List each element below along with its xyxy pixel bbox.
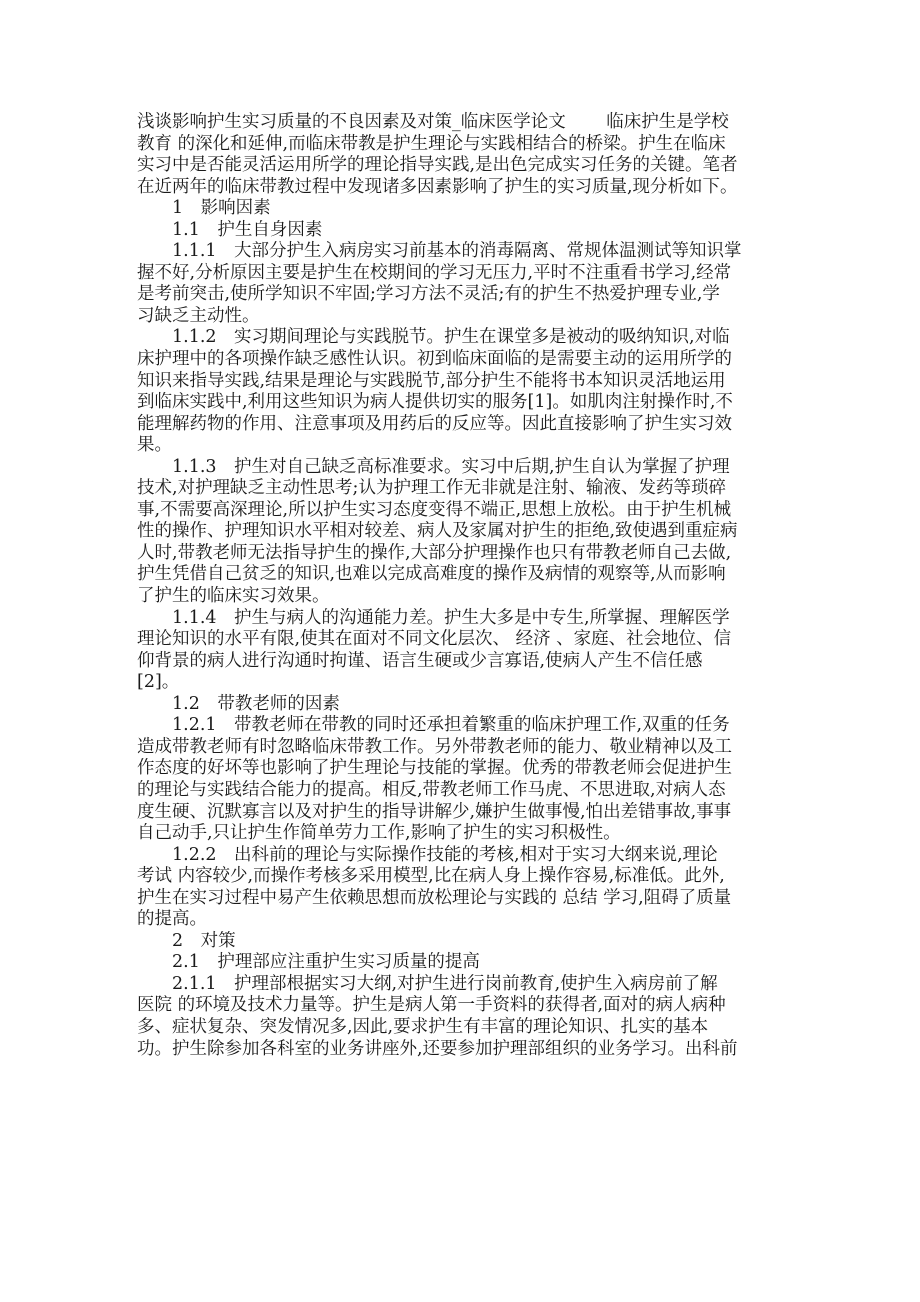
text-line: 2 对策	[137, 931, 777, 953]
text-line: 1.1.2 实习期间理论与实践脱节。护生在课堂多是被动的吸纳知识,对临	[137, 327, 777, 349]
text-line: 2.1.1 护理部根据实习大纲,对护生进行岗前教育,使护生入病房前了解	[137, 974, 777, 996]
text-line: 1.1.4 护生与病人的沟通能力差。护生大多是中专生,所掌握、理解医学	[137, 608, 777, 630]
text-line: 床护理中的各项操作缺乏感性认识。初到临床面临的是需要主动的运用所学的	[137, 349, 777, 371]
document-body: 浅谈影响护生实习质量的不良因素及对策_临床医学论文 临床护生是学校教育 的深化和…	[137, 112, 777, 1060]
text-line: 1.1 护生自身因素	[137, 220, 777, 242]
text-line: 医院 的环境及技术力量等。护生是病人第一手资料的获得者,面对的病人病种	[137, 995, 777, 1017]
text-line: 性的操作、护理知识水平相对较差、病人及家属对护生的拒绝,致使遇到重症病	[137, 521, 777, 543]
text-line: 了护生的临床实习效果。	[137, 586, 777, 608]
text-line: 1.1.1 大部分护生入病房实习前基本的消毒隔离、常规体温测试等知识掌	[137, 241, 777, 263]
text-line: 1.2.2 出科前的理论与实际操作技能的考核,相对于实习大纲来说,理论	[137, 845, 777, 867]
text-line: 事,不需要高深理论,所以护生实习态度变得不端正,思想上放松。由于护生机械	[137, 500, 777, 522]
text-line: 多、症状复杂、突发情况多,因此,要求护生有丰富的理论知识、扎实的基本	[137, 1017, 777, 1039]
text-line: 能理解药物的作用、注意事项及用药后的反应等。因此直接影响了护生实习效	[137, 414, 777, 436]
text-line: 的提高。	[137, 909, 777, 931]
text-line: 仰背景的病人进行沟通时拘谨、语言生硬或少言寡语,使病人产生不信任感	[137, 651, 777, 673]
text-line: 造成带教老师有时忽略临床带教工作。另外带教老师的能力、敬业精神以及工	[137, 737, 777, 759]
text-line: 知识来指导实践,结果是理论与实践脱节,部分护生不能将书本知识灵活地运用	[137, 371, 777, 393]
text-line: [2]。	[137, 672, 777, 694]
text-line: 教育 的深化和延伸,而临床带教是护生理论与实践相结合的桥梁。护生在临床	[137, 134, 777, 156]
text-line: 的理论与实践结合能力的提高。相反,带教老师工作马虎、不思进取,对病人态	[137, 780, 777, 802]
text-line: 果。	[137, 435, 777, 457]
text-line: 1.1.3 护生对自己缺乏高标准要求。实习中后期,护生自认为掌握了护理	[137, 457, 777, 479]
text-line: 1.2.1 带教老师在带教的同时还承担着繁重的临床护理工作,双重的任务	[137, 715, 777, 737]
text-line: 考试 内容较少,而操作考核多采用模型,比在病人身上操作容易,标准低。此外,	[137, 866, 777, 888]
text-line: 实习中是否能灵活运用所学的理论指导实践,是出色完成实习任务的关键。笔者	[137, 155, 777, 177]
text-line: 功。护生除参加各科室的业务讲座外,还要参加护理部组织的业务学习。出科前	[137, 1039, 777, 1061]
text-line: 作态度的好坏等也影响了护生理论与技能的掌握。优秀的带教老师会促进护生	[137, 758, 777, 780]
document-title-line: 浅谈影响护生实习质量的不良因素及对策_临床医学论文 临床护生是学校	[137, 112, 777, 134]
text-line: 人时,带教老师无法指导护生的操作,大部分护理操作也只有带教老师自己去做,	[137, 543, 777, 565]
text-line: 理论知识的水平有限,使其在面对不同文化层次、 经济 、家庭、社会地位、信	[137, 629, 777, 651]
text-line: 习缺乏主动性。	[137, 306, 777, 328]
text-line: 是考前突击,使所学知识不牢固;学习方法不灵活;有的护生不热爱护理专业,学	[137, 284, 777, 306]
text-line: 护生在实习过程中易产生依赖思想而放松理论与实践的 总结 学习,阻碍了质量	[137, 888, 777, 910]
text-line: 2.1 护理部应注重护生实习质量的提高	[137, 952, 777, 974]
text-line: 1 影响因素	[137, 198, 777, 220]
text-line: 度生硬、沉默寡言以及对护生的指导讲解少,嫌护生做事慢,怕出差错事故,事事	[137, 802, 777, 824]
text-line: 技术,对护理缺乏主动性思考;认为护理工作无非就是注射、输液、发药等琐碎	[137, 478, 777, 500]
text-line: 护生凭借自己贫乏的知识,也难以完成高难度的操作及病情的观察等,从而影响	[137, 564, 777, 586]
text-line: 握不好,分析原因主要是护生在校期间的学习无压力,平时不注重看书学习,经常	[137, 263, 777, 285]
text-line: 自己动手,只让护生作简单劳力工作,影响了护生的实习积极性。	[137, 823, 777, 845]
text-line: 1.2 带教老师的因素	[137, 694, 777, 716]
text-line: 在近两年的临床带教过程中发现诸多因素影响了护生的实习质量,现分析如下。	[137, 177, 777, 199]
text-line: 到临床实践中,利用这些知识为病人提供切实的服务[1]。如肌肉注射操作时,不	[137, 392, 777, 414]
